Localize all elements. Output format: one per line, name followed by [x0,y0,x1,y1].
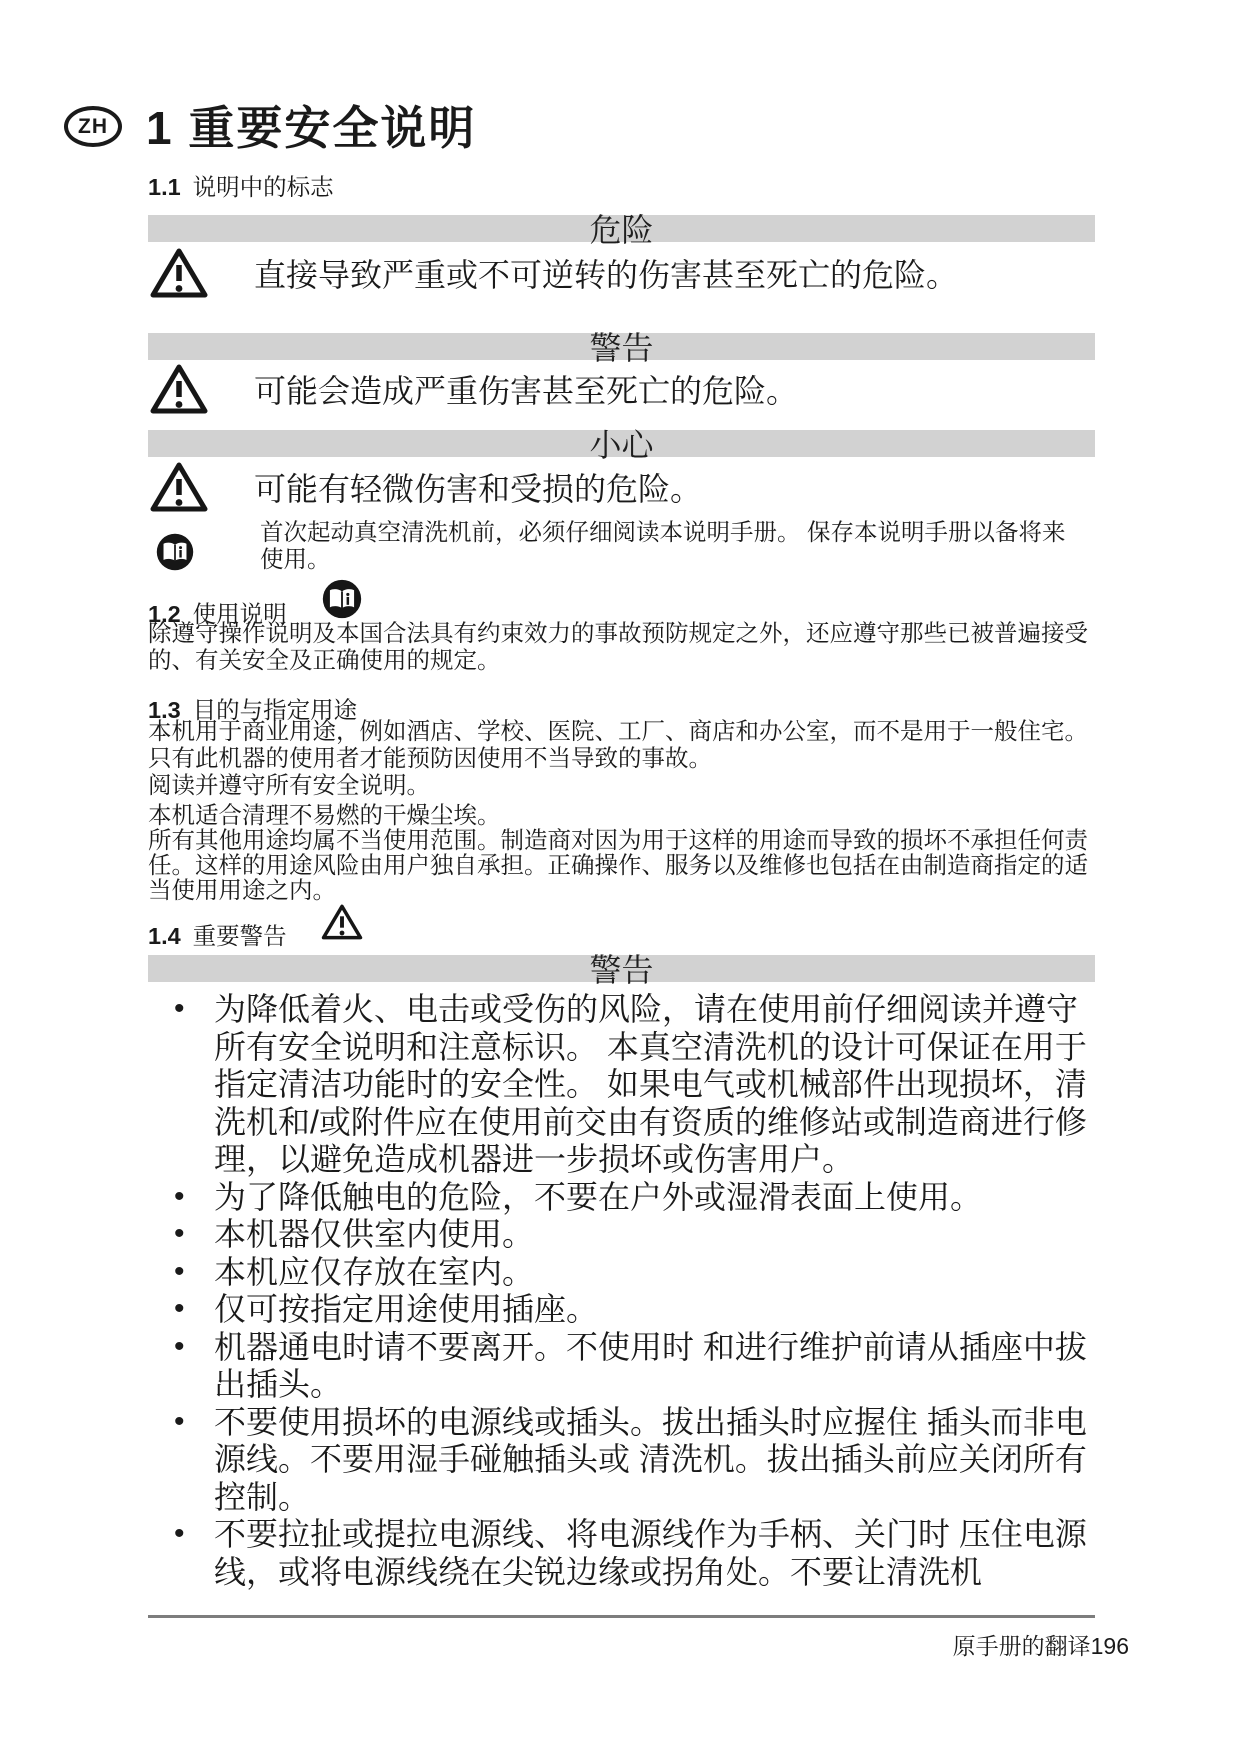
warning-list-item: 机器通电时请不要离开。不使用时 和进行维护前请从插座中拔出插头。 [148,1329,1100,1404]
caution-bar-label: 小心 [589,427,653,463]
manual-page: ZH 1 重要安全说明 1.1说明中的标志 危险 直接导致严重或不可逆转的伤害甚… [0,0,1241,1754]
paragraph-text: 所有其他用途均属不当使用范围。制造商对因为用于这样的用途而导致的损坏不承担任何责… [148,828,1092,903]
language-badge-label: ZH [78,115,108,139]
section-number: 1.4 [148,923,181,949]
warning-triangle-icon [320,901,364,943]
section-label: 重要警告 [193,923,287,949]
caution-bar: 小心 [148,430,1095,457]
warning-list-item: 不要使用损坏的电源线或插头。拔出插头时应握住 插头而非电源线。不要用湿手碰触插头… [148,1404,1100,1517]
warning-list-item: 本机应仅存放在室内。 [148,1254,1100,1292]
section-1-1-heading: 1.1说明中的标志 [148,168,334,202]
read-manual-book-icon [156,533,194,571]
warning-list-item: 仅可按指定用途使用插座。 [148,1291,1100,1329]
caution-text: 可能有轻微伤害和受损的危险。 [254,464,702,510]
language-badge: ZH [64,106,122,147]
warning-list-item: 为降低着火、电击或受伤的风险，请在使用前仔细阅读并遵守所有安全说明和注意标识。 … [148,991,1100,1179]
paragraph-line: 只有此机器的使用者才能预防因使用不当导致的事故。 [148,745,1092,772]
footer-divider [148,1615,1095,1618]
warning-triangle-icon [148,246,210,300]
warning-list-item: 为了降低触电的危险，不要在户外或湿滑表面上使用。 [148,1179,1100,1217]
footer-page-label: 原手册的翻译196 [953,1628,1129,1661]
warning-triangle-icon [148,460,210,514]
danger-bar-label: 危险 [589,212,653,248]
warning-list-item: 本机器仅供室内使用。 [148,1216,1100,1254]
warning-row: 可能会造成严重伤害甚至死亡的危险。 [148,362,1095,416]
warning-list-item: 不要拉扯或提拉电源线、将电源线作为手柄、关门时 压住电源线，或将电源线绕在尖锐边… [148,1516,1100,1591]
paragraph-line: 阅读并遵守所有安全说明。 [148,772,1092,799]
warnings-list: 为降低着火、电击或受伤的风险，请在使用前仔细阅读并遵守所有安全说明和注意标识。 … [148,991,1100,1591]
section-1-3-paragraph-2: 本机适合清理不易燃的干燥尘埃。 所有其他用途均属不当使用范围。制造商对因为用于这… [148,803,1092,903]
section-label: 说明中的标志 [193,174,334,200]
important-warning-bar-label: 警告 [589,952,653,988]
read-manual-note: 首次起动真空清洗机前，必须仔细阅读本说明手册。 保存本说明手册以备将来使用。 [148,519,1095,573]
read-manual-book-icon [322,579,362,619]
page-title: 1 重要安全说明 [146,92,476,158]
read-manual-note-text: 首次起动真空清洗机前，必须仔细阅读本说明手册。 保存本说明手册以备将来使用。 [260,519,1088,573]
section-1-3-paragraph-1: 本机用于商业用途，例如酒店、学校、医院、工厂、商店和办公室，而不是用于一般住宅。… [148,718,1092,799]
warning-text: 可能会造成严重伤害甚至死亡的危险。 [254,366,798,412]
danger-text: 直接导致严重或不可逆转的伤害甚至死亡的危险。 [254,250,958,296]
paragraph-line: 本机适合清理不易燃的干燥尘埃。 [148,803,1092,828]
warning-triangle-icon [148,362,210,416]
important-warning-bar: 警告 [148,955,1095,982]
warning-bar: 警告 [148,333,1095,360]
section-1-4-heading: 1.4重要警告 [148,917,287,951]
caution-row: 可能有轻微伤害和受损的危险。 [148,460,1095,514]
danger-bar: 危险 [148,215,1095,242]
section-number: 1.1 [148,174,181,200]
warning-bar-label: 警告 [589,330,653,366]
danger-row: 直接导致严重或不可逆转的伤害甚至死亡的危险。 [148,246,1095,300]
section-1-2-paragraph: 除遵守操作说明及本国合法具有约束效力的事故预防规定之外，还应遵守那些已被普遍接受… [148,620,1092,674]
paragraph-line: 本机用于商业用途，例如酒店、学校、医院、工厂、商店和办公室，而不是用于一般住宅。 [148,718,1092,745]
